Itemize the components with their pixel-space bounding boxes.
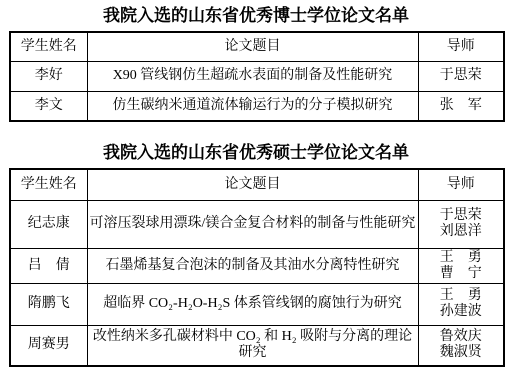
column-header-student: 学生姓名: [10, 169, 87, 200]
table-header-row: 学生姓名 论文题目 导师: [10, 169, 504, 200]
advisor-name: 于思荣: [421, 68, 502, 84]
advisor-name: 于思荣: [421, 208, 502, 224]
document-page: 我院入选的山东省优秀博士学位论文名单 学生姓名 论文题目 导师 李好 X90 管…: [0, 0, 512, 372]
thesis-title-cell: X90 管线钢仿生超疏水表面的制备及性能研究: [87, 61, 418, 91]
column-header-thesis: 论文题目: [87, 169, 418, 200]
student-name-cell: 纪志康: [10, 200, 87, 248]
advisor-cell: 于思荣: [418, 61, 504, 91]
thesis-title-cell: 石墨烯基复合泡沫的制备及其油水分离特性研究: [87, 248, 418, 283]
advisor-name: 刘恩洋: [421, 224, 502, 240]
master-thesis-table: 学生姓名 论文题目 导师 纪志康 可溶压裂球用漂珠/镁合金复合材料的制备与性能研…: [9, 168, 505, 367]
student-name-cell: 李好: [10, 61, 87, 91]
thesis-title-cell: 可溶压裂球用漂珠/镁合金复合材料的制备与性能研究: [87, 200, 418, 248]
master-list-title: 我院入选的山东省优秀硕士学位论文名单: [0, 122, 512, 162]
student-name-cell: 吕 倩: [10, 248, 87, 283]
student-name-cell: 隋鹏飞: [10, 283, 87, 325]
doctoral-list-title: 我院入选的山东省优秀博士学位论文名单: [0, 0, 512, 25]
table-row: 李好 X90 管线钢仿生超疏水表面的制备及性能研究 于思荣: [10, 61, 504, 91]
advisor-name: 魏淑贤: [421, 345, 502, 361]
table-row: 吕 倩 石墨烯基复合泡沫的制备及其油水分离特性研究 王 勇 曹 宁: [10, 248, 504, 283]
advisor-name: 王 勇: [421, 250, 502, 266]
table-row: 隋鹏飞 超临界 CO₂-H₂O-H₂S 体系管线钢的腐蚀行为研究 王 勇 孙建波: [10, 283, 504, 325]
thesis-title-cell: 仿生碳纳米通道流体输运行为的分子模拟研究: [87, 91, 418, 121]
advisor-cell: 张 军: [418, 91, 504, 121]
table-row: 周赛男 改性纳米多孔碳材料中 CO₂ 和 H₂ 吸附与分离的理论研究 鲁效庆 魏…: [10, 325, 504, 366]
student-name-cell: 周赛男: [10, 325, 87, 366]
advisor-name: 曹 宁: [421, 266, 502, 282]
column-header-advisor: 导师: [418, 32, 504, 61]
thesis-title-cell: 改性纳米多孔碳材料中 CO₂ 和 H₂ 吸附与分离的理论研究: [87, 325, 418, 366]
advisor-name: 张 军: [421, 98, 502, 114]
doctoral-thesis-table: 学生姓名 论文题目 导师 李好 X90 管线钢仿生超疏水表面的制备及性能研究 于…: [9, 31, 505, 122]
column-header-advisor: 导师: [418, 169, 504, 200]
advisor-cell: 王 勇 孙建波: [418, 283, 504, 325]
advisor-cell: 鲁效庆 魏淑贤: [418, 325, 504, 366]
advisor-name: 鲁效庆: [421, 329, 502, 345]
advisor-name: 王 勇: [421, 288, 502, 304]
advisor-cell: 王 勇 曹 宁: [418, 248, 504, 283]
column-header-student: 学生姓名: [10, 32, 87, 61]
column-header-thesis: 论文题目: [87, 32, 418, 61]
table-row: 纪志康 可溶压裂球用漂珠/镁合金复合材料的制备与性能研究 于思荣 刘恩洋: [10, 200, 504, 248]
table-header-row: 学生姓名 论文题目 导师: [10, 32, 504, 61]
thesis-title-cell: 超临界 CO₂-H₂O-H₂S 体系管线钢的腐蚀行为研究: [87, 283, 418, 325]
advisor-name: 孙建波: [421, 304, 502, 320]
table-row: 李文 仿生碳纳米通道流体输运行为的分子模拟研究 张 军: [10, 91, 504, 121]
student-name-cell: 李文: [10, 91, 87, 121]
advisor-cell: 于思荣 刘恩洋: [418, 200, 504, 248]
